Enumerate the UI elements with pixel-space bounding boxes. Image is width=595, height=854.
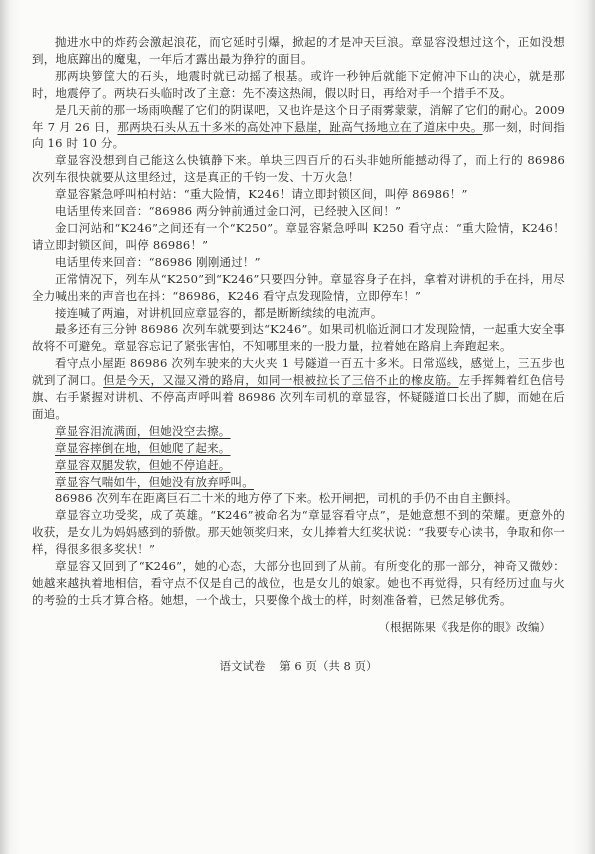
paragraph: 86986 次列车在距离巨石二十米的地方停了下来。松开闸把，司机的手仍不由自主颤… — [32, 490, 565, 507]
paragraph: 章显容立功受奖，成了英雄。“K246”被命名为“章显容看守点”，是她意想不到的荣… — [32, 507, 565, 558]
underlined-text: 章显容气喘如牛，但她没有放弃呼叫。 — [55, 475, 254, 489]
text-segment: 抛进水中的炸药会激起浪花，而它延时引爆，掀起的才是冲天巨浪。章显容没想过这个，正… — [32, 35, 565, 66]
paragraph: 章显容没想到自己能这么快镇静下来。单块三四百斤的石头非她所能撼动得了，而上行的 … — [32, 152, 565, 186]
paragraph: 看守点小屋距 86986 次列车驶来的大火夹 1 号隧道一百五十多米。日常巡线，… — [32, 355, 565, 423]
source-attribution: （根据陈果《我是你的眼》改编） — [32, 619, 565, 636]
text-segment: 章显容紧急呼叫柏村站：“重大险情，K246！请立即封锁区间，叫停 86986！” — [55, 187, 468, 201]
text-segment: 电话里传来回音：“86986 两分钟前通过金口河，已经驶入区间！” — [55, 204, 401, 218]
paragraph: 抛进水中的炸药会激起浪花，而它延时引爆，掀起的才是冲天巨浪。章显容没想过这个，正… — [32, 34, 565, 68]
reading-passage: 抛进水中的炸药会激起浪花，而它延时引爆，掀起的才是冲天巨浪。章显容没想过这个，正… — [32, 34, 565, 636]
text-segment: 86986 次列车在距离巨石二十米的地方停了下来。松开闸把，司机的手仍不由自主颤… — [55, 491, 518, 505]
underlined-text: 章显容摔倒在地，但她爬了起来。 — [55, 441, 231, 455]
scanned-exam-page: 抛进水中的炸药会激起浪花，而它延时引爆，掀起的才是冲天巨浪。章显容没想过这个，正… — [0, 0, 595, 854]
underlined-text: 但是今天，又湿又滑的路肩，如同一根被拉长了三倍不止的橡皮筋。 — [103, 373, 458, 387]
paragraph: 最多还有三分钟 86986 次列车就要到达“K246”。如果司机临近洞口才发现险… — [32, 321, 565, 355]
paragraph: 章显容双腿发软，但她不停追赶。 — [32, 457, 565, 474]
paragraph: 电话里传来回音：“86986 两分钟前通过金口河，已经驶入区间！” — [32, 203, 565, 220]
text-segment: 金口河站和“K246”之间还有一个“K250”。章显容紧急呼叫 K250 看守点… — [32, 221, 565, 252]
page-footer: 语文试卷第 6 页（共 8 页） — [32, 658, 565, 675]
article-body: 抛进水中的炸药会激起浪花，而它延时引爆，掀起的才是冲天巨浪。章显容没想过这个，正… — [32, 34, 565, 609]
paragraph: 那两块箩筐大的石头，地震时就已动摇了根基。或许一秒钟后就能下定俯冲下山的决心，就… — [32, 68, 565, 102]
text-segment: 接连喊了两遍，对讲机回应章显容的，都是断断续续的电流声。 — [55, 306, 383, 320]
paragraph: 章显容紧急呼叫柏村站：“重大险情，K246！请立即封锁区间，叫停 86986！” — [32, 186, 565, 203]
paragraph: 章显容摔倒在地，但她爬了起来。 — [32, 440, 565, 457]
underlined-text: 那两块石头从五十多米的高处冲下悬崖，趾高气扬地立在了道床中央。 — [117, 120, 482, 134]
text-segment: 章显容没想到自己能这么快镇静下来。单块三四百斤的石头非她所能撼动得了，而上行的 … — [32, 153, 565, 184]
text-segment: 章显容立功受奖，成了英雄。“K246”被命名为“章显容看守点”，是她意想不到的荣… — [32, 508, 565, 556]
paragraph: 电话里传来回音：“86986 刚刚通过！” — [32, 254, 565, 271]
text-segment: 那两块箩筐大的石头，地震时就已动摇了根基。或许一秒钟后就能下定俯冲下山的决心，就… — [32, 69, 565, 100]
paragraph: 章显容气喘如牛，但她没有放弃呼叫。 — [32, 474, 565, 491]
text-segment: 章显容又回到了“K246”，她的心态，大部分也回到了从前。有所变化的那一部分，神… — [32, 559, 565, 607]
paragraph: 接连喊了两遍，对讲机回应章显容的，都是断断续续的电流声。 — [32, 305, 565, 322]
underlined-text: 章显容双腿发软，但她不停追赶。 — [55, 458, 231, 472]
footer-page-number: 第 6 页（共 8 页） — [279, 659, 377, 673]
paragraph: 金口河站和“K246”之间还有一个“K250”。章显容紧急呼叫 K250 看守点… — [32, 220, 565, 254]
underlined-text: 章显容泪流满面，但她没空去擦。 — [55, 424, 231, 438]
text-segment: 正常情况下，列车从“K250”到“K246”只要四分钟。章显容身子在抖，拿着对讲… — [32, 272, 565, 303]
paragraph: 正常情况下，列车从“K250”到“K246”只要四分钟。章显容身子在抖，拿着对讲… — [32, 271, 565, 305]
text-segment: 最多还有三分钟 86986 次列车就要到达“K246”。如果司机临近洞口才发现险… — [32, 322, 565, 353]
paragraph: 是几天前的那一场雨唤醒了它们的阴谋吧，又也许是这个日子雨雾蒙蒙，消解了它们的耐心… — [32, 102, 565, 153]
footer-subject-label: 语文试卷 — [219, 659, 265, 673]
text-segment: 电话里传来回音：“86986 刚刚通过！” — [55, 255, 261, 269]
paragraph: 章显容泪流满面，但她没空去擦。 — [32, 423, 565, 440]
paragraph: 章显容又回到了“K246”，她的心态，大部分也回到了从前。有所变化的那一部分，神… — [32, 558, 565, 609]
